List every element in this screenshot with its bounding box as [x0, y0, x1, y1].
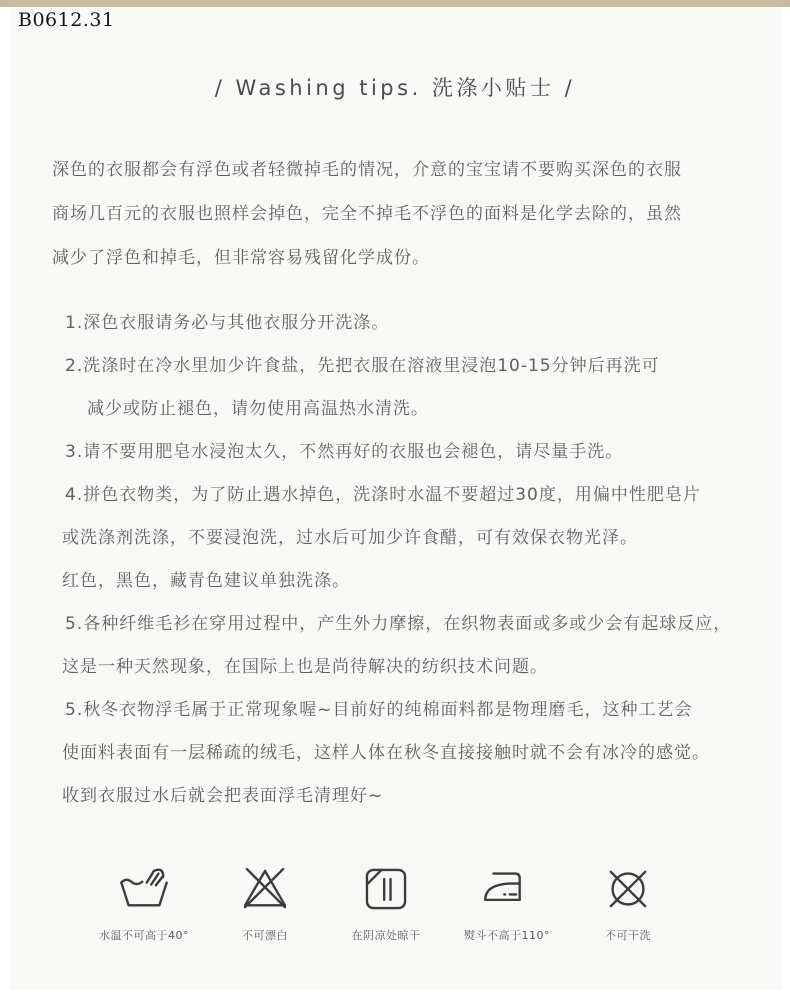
care-item-no-dryclean: 不可干洗 [572, 860, 684, 943]
top-accent-strip [0, 0, 790, 7]
tip-line-2-cont: 减少或防止褪色，请勿使用高温热水清洗。 [87, 388, 752, 431]
tip-line-5: 5.各种纤维毛衫在穿用过程中，产生外力摩擦，在织物表面或多或少会有起球反应， [65, 603, 752, 646]
tip-line-6-end: 收到衣服过水后就会把表面浮毛清理好~ [62, 775, 752, 818]
care-label: 不可干洗 [605, 927, 651, 943]
care-item-iron-low: 熨斗不高于110° [451, 860, 563, 943]
tip-line-6-cont: 使面料表面有一层稀疏的绒毛，这样人体在秋冬直接接触时就不会有冰冷的感觉。 [62, 732, 752, 775]
care-item-dry-in-shade: 在阴凉处晾干 [330, 860, 442, 943]
tip-line-6: 5.秋冬衣物浮毛属于正常现象喔~目前好的纯棉面料都是物理磨毛，这种工艺会 [65, 689, 752, 732]
care-label: 熨斗不高于110° [464, 927, 550, 943]
handwash-max40-icon [115, 860, 173, 918]
tip-line-2: 2.洗涤时在冷水里加少许食盐，先把衣服在溶液里浸泡10-15分钟后再洗可 [65, 345, 752, 388]
dry-in-shade-icon [357, 860, 415, 918]
intro-line: 深色的衣服都会有浮色或者轻微掉毛的情况，介意的宝宝请不要购买深色的衣服 [52, 148, 752, 192]
intro-line: 减少了浮色和掉毛，但非常容易残留化学成份。 [52, 236, 752, 280]
tip-line-4-note: 红色，黑色，藏青色建议单独洗涤。 [62, 560, 752, 603]
product-code: B0612.31 [18, 9, 115, 31]
spacer [52, 280, 752, 302]
tip-line-5-cont: 这是一种天然现象，在国际上也是尚待解决的纺织技术问题。 [62, 646, 752, 689]
tip-line-3: 3.请不要用肥皂水浸泡太久，不然再好的衣服也会褪色，请尽量手洗。 [65, 431, 752, 474]
care-label: 水温不可高于40° [99, 927, 189, 943]
tip-line-1: 1.深色衣服请务必与其他衣服分开洗涤。 [65, 302, 752, 345]
tip-line-4-cont: 或洗涤剂洗涤，不要浸泡洗，过水后可加少许食醋，可有效保衣物光泽。 [62, 517, 752, 560]
page-title: / Washing tips. 洗涤小贴士 / [0, 72, 790, 102]
care-label: 在阴凉处晾干 [352, 927, 421, 943]
washing-tips-text: 深色的衣服都会有浮色或者轻微掉毛的情况，介意的宝宝请不要购买深色的衣服 商场几百… [52, 148, 752, 818]
no-bleach-icon [236, 860, 294, 918]
care-item-handwash: 水温不可高于40° [88, 860, 200, 943]
care-item-no-bleach: 不可漂白 [209, 860, 321, 943]
no-dryclean-icon [599, 860, 657, 918]
iron-max110-icon [478, 860, 536, 918]
intro-line: 商场几百元的衣服也照样会掉色，完全不掉毛不浮色的面料是化学去除的，虽然 [52, 192, 752, 236]
care-symbols-row: 水温不可高于40° 不可漂白 在阴凉处晾干 熨斗不高于110° [88, 860, 684, 943]
care-label: 不可漂白 [242, 927, 288, 943]
tip-line-4: 4.拼色衣物类，为了防止遇水掉色，洗涤时水温不要超过30度，用偏中性肥皂片 [65, 474, 752, 517]
